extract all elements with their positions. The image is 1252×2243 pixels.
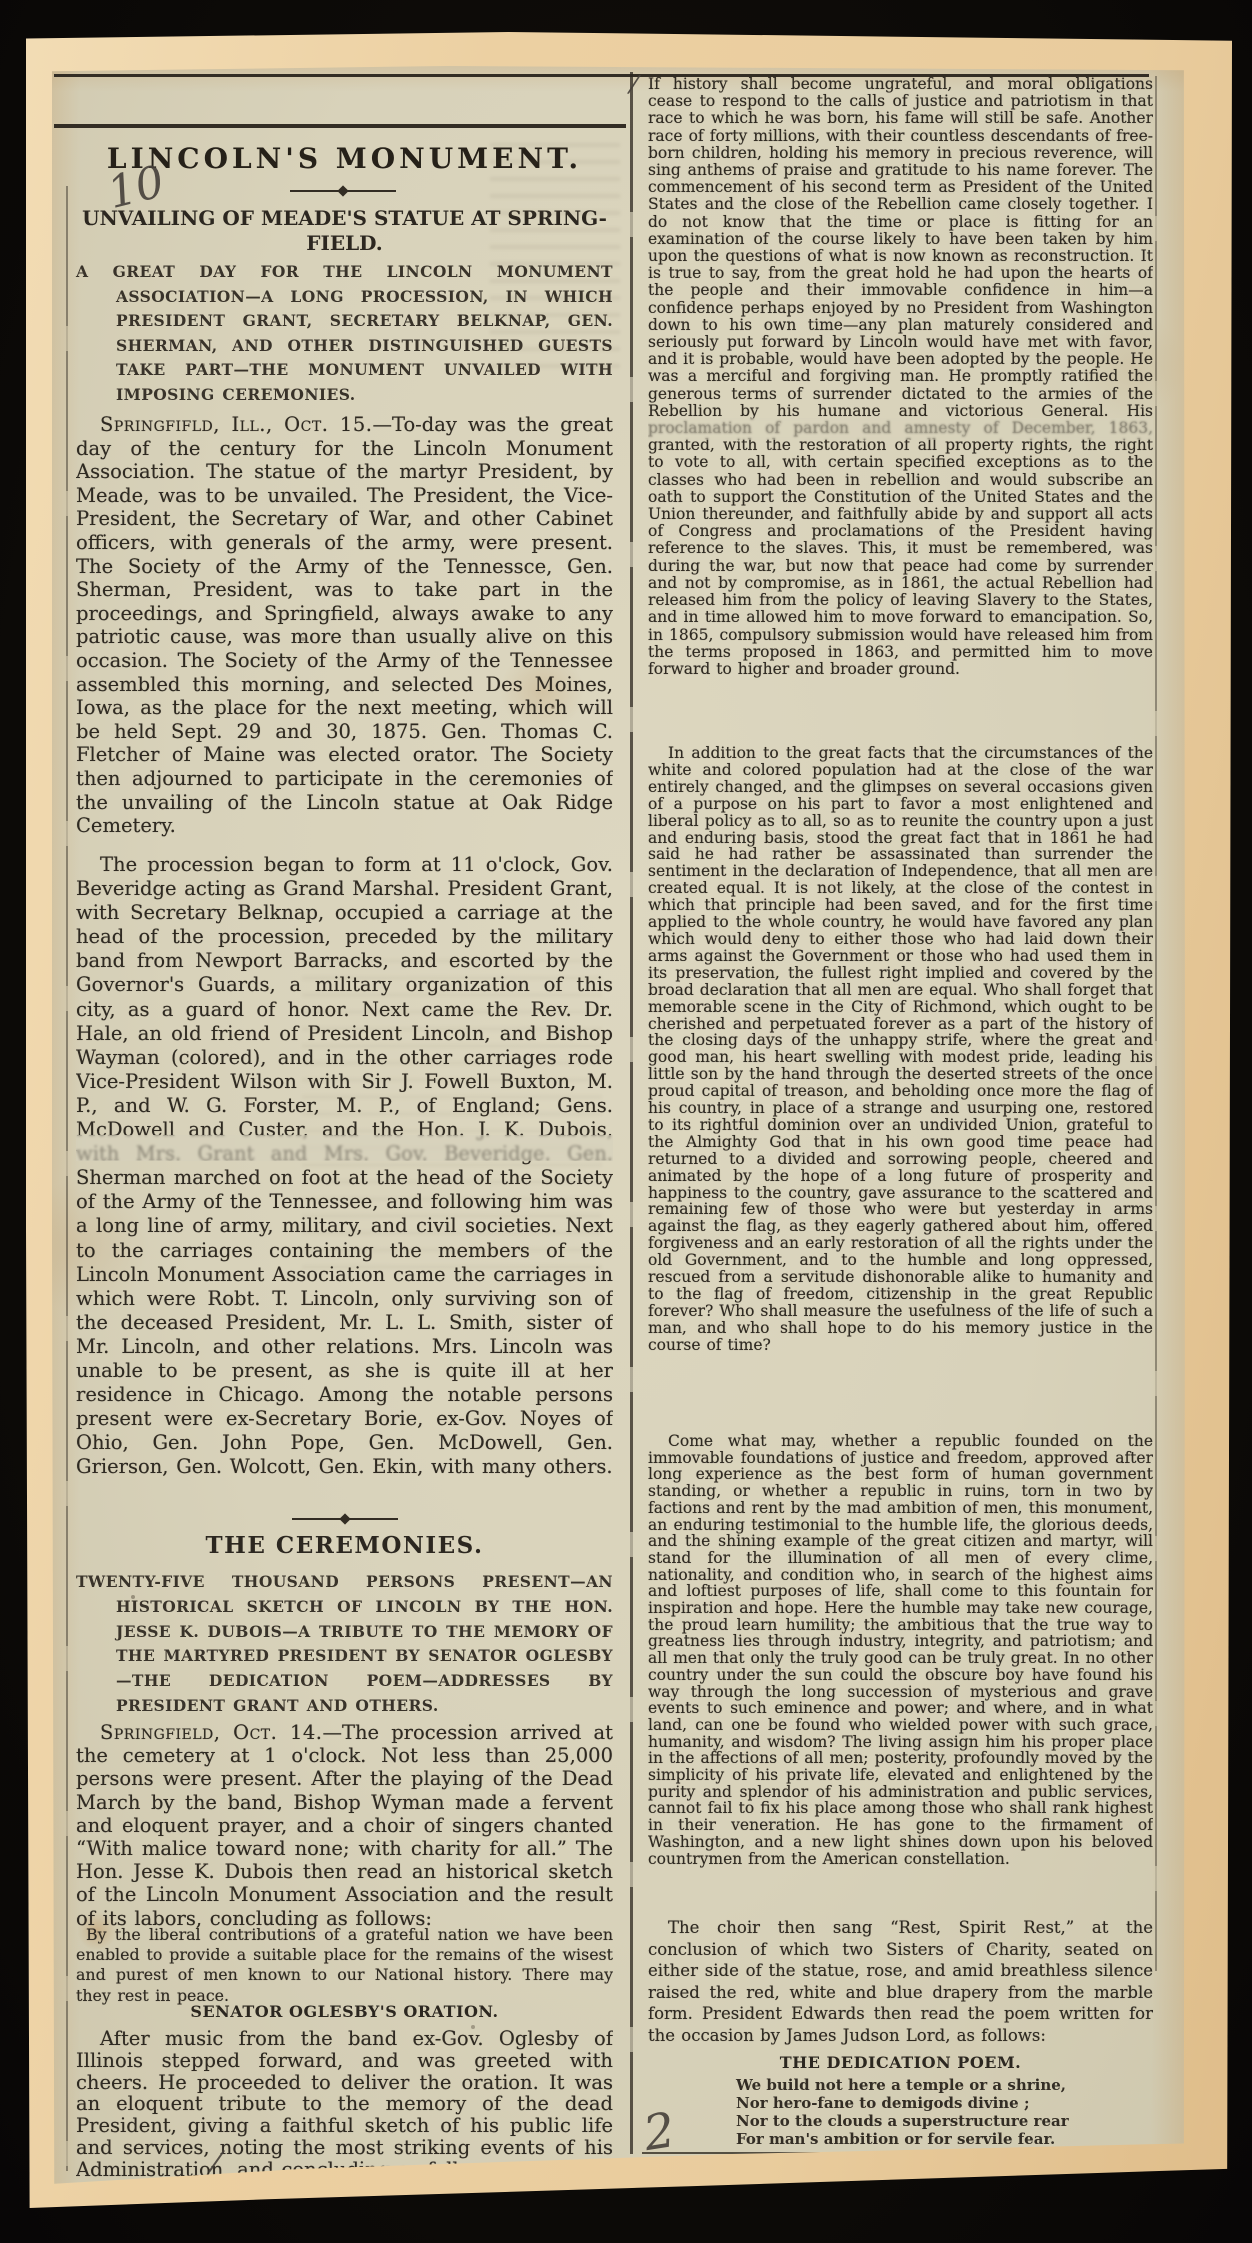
diamond-divider-ornament — [290, 186, 396, 196]
dateline-1: Springfifld, Ill., Oct. 15. — [100, 413, 372, 436]
oration-heading: SENATOR OGLESBY'S ORATION. — [76, 2002, 613, 2021]
body-paragraph-3: Springfield, Oct. 14.—The procession arr… — [76, 1721, 613, 1932]
body-paragraph-1: Springfifld, Ill., Oct. 15.—To-day was t… — [76, 413, 613, 839]
poem-line-1: We build not here a temple or a shrine, — [736, 2076, 1156, 2095]
poem-line-2: Nor hero-fane to demigods divine ; — [736, 2094, 1156, 2113]
right-edge-rule — [1155, 76, 1157, 1971]
bleedthrough-ghost-middle — [302, 946, 602, 1276]
oration-paragraph-1: If history shall become ungrateful, and … — [648, 76, 1153, 744]
scanned-photo-background: Y, OCTOBER 16, 1874. LINCOLN'S MONUMENT.… — [0, 0, 1252, 2243]
diamond-divider-ornament-2 — [292, 1514, 398, 1524]
blockquote-small-type: By the liberal contributions of a gratef… — [76, 1925, 613, 2008]
body-paragraph-1-text: —To-day was the great day of the century… — [76, 413, 613, 837]
body-paragraph-3-text: —The procession arrived at the cemetery … — [76, 1721, 613, 1930]
ceremonies-heading: THE CEREMONIES. — [76, 1532, 613, 1559]
oration-paragraph-2: In addition to the great facts that the … — [648, 745, 1153, 1421]
handwritten-slash-right: / — [629, 70, 640, 99]
faded-print-band — [648, 418, 1153, 440]
body-paragraph-4: After music from the band ex-Gov. Oglesb… — [76, 2028, 613, 2182]
deck-paragraph-2: TWENTY-FIVE THOUSAND PERSONS PRESENT—AN … — [76, 1570, 613, 1719]
smudged-faded-line — [76, 1135, 613, 1161]
poem-line-3: Nor to the clouds a superstructure rear — [736, 2112, 1156, 2131]
left-column-rule — [66, 186, 68, 2171]
newspaper-clipping: Y, OCTOBER 16, 1874. LINCOLN'S MONUMENT.… — [52, 66, 1185, 2188]
oration-paragraph-3: Come what may, whether a republic founde… — [648, 1433, 1153, 1917]
dateline-2: Springfield, Oct. 14. — [100, 1721, 322, 1744]
poem-heading: THE DEDICATION POEM. — [648, 2053, 1153, 2072]
bleedthrough-ghost-top — [490, 130, 620, 380]
column-divider-rule — [630, 72, 633, 2154]
choir-paragraph: The choir then sang “Rest, Spirit Rest,”… — [648, 1917, 1153, 2049]
masthead-bottom-rule — [54, 124, 626, 128]
